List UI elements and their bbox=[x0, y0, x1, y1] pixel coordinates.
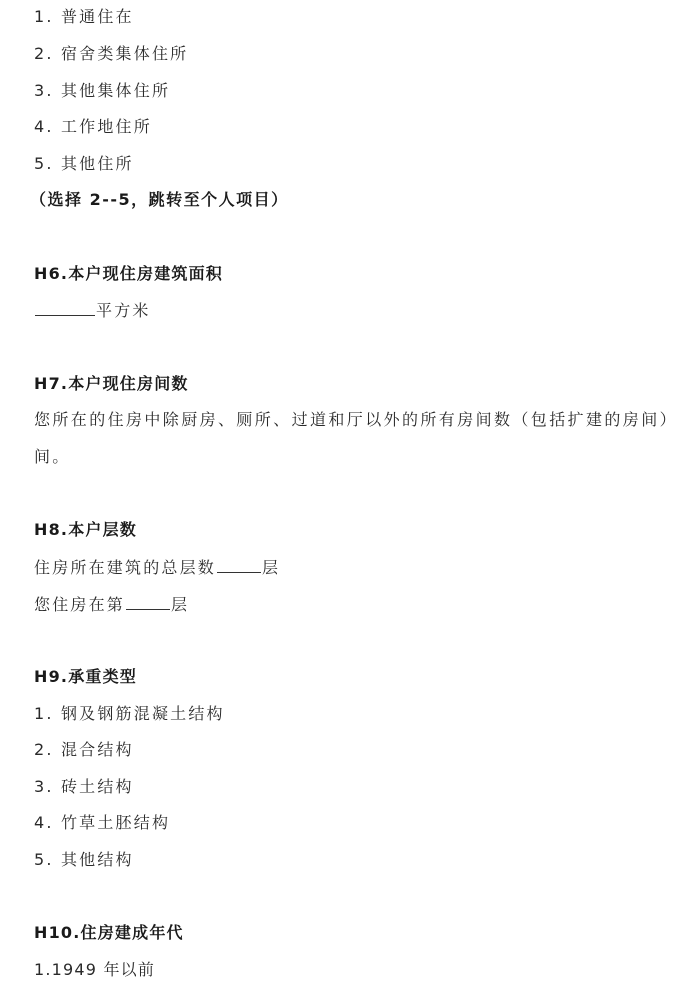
h9-option-4: 4. 竹草土胚结构 bbox=[34, 812, 170, 834]
h6-question-title: H6.本户现住房建筑面积 bbox=[34, 263, 223, 285]
h9-option-5: 5. 其他结构 bbox=[34, 849, 134, 871]
residence-option-3: 3. 其他集体住所 bbox=[34, 80, 170, 102]
h8-total-floors-row: 住房所在建筑的总层数层 bbox=[34, 556, 280, 579]
h7-question-title: H7.本户现住房间数 bbox=[34, 373, 189, 395]
h6-unit-label: 平方米 bbox=[96, 301, 151, 320]
h9-option-1: 1. 钢及钢筋混凝土结构 bbox=[34, 703, 225, 725]
residence-option-1: 1. 普通住在 bbox=[34, 6, 134, 28]
h6-answer-row: 平方米 bbox=[34, 299, 151, 322]
skip-instruction-note: （选择 2--5，跳转至个人项目） bbox=[30, 189, 289, 211]
h8-total-floors-unit: 层 bbox=[262, 558, 280, 577]
residence-option-4: 4. 工作地住所 bbox=[34, 116, 152, 138]
h8-total-floors-blank[interactable] bbox=[217, 556, 261, 573]
h8-floor-unit: 层 bbox=[171, 595, 189, 614]
h9-question-title: H9.承重类型 bbox=[34, 666, 137, 688]
h6-area-blank[interactable] bbox=[35, 299, 95, 316]
h9-option-2: 2. 混合结构 bbox=[34, 739, 134, 761]
h8-question-title: H8.本户层数 bbox=[34, 519, 137, 541]
h10-question-title: H10.住房建成年代 bbox=[34, 922, 184, 944]
h8-floor-row: 您住房在第层 bbox=[34, 593, 189, 616]
h10-option-1: 1.1949 年以前 bbox=[34, 959, 155, 981]
h8-total-floors-label: 住房所在建筑的总层数 bbox=[34, 558, 216, 577]
h8-floor-label: 您住房在第 bbox=[34, 595, 125, 614]
h7-description: 您所在的住房中除厨房、厕所、过道和厅以外的所有房间数（包括扩建的房间） bbox=[34, 409, 678, 431]
h8-floor-blank[interactable] bbox=[126, 593, 170, 610]
residence-option-5: 5. 其他住所 bbox=[34, 153, 134, 175]
h7-unit-label: 间。 bbox=[34, 446, 70, 468]
residence-option-2: 2. 宿舍类集体住所 bbox=[34, 43, 188, 65]
h9-option-3: 3. 砖土结构 bbox=[34, 776, 134, 798]
